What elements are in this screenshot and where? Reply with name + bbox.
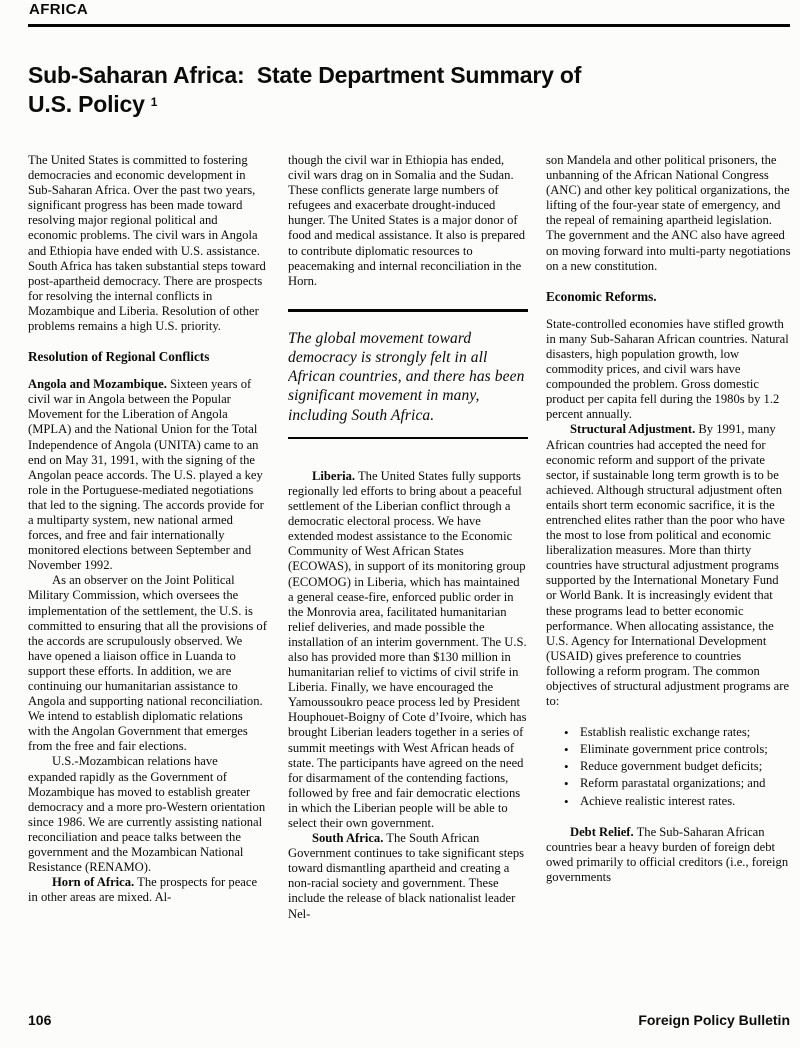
runin-angola-and-mozambique: Angola and Mozambique. — [28, 377, 167, 391]
paragraph-intro: The United States is committed to foster… — [28, 153, 268, 334]
paragraph-structural-adjustment: Structural Adjustment. By 1991, many Afr… — [546, 422, 792, 709]
title-footnote-marker: 1 — [151, 95, 157, 109]
runin-debt-relief: Debt Relief. — [570, 825, 634, 839]
pull-quote: The global movement toward democracy is … — [288, 309, 528, 439]
structural-adjustment-objectives-list: Establish realistic exchange rates; Elim… — [546, 725, 792, 808]
list-item: Achieve realistic interest rates. — [546, 794, 792, 809]
title-line-2: U.S. Policy1 — [28, 89, 581, 118]
title-line-2-text: U.S. Policy — [28, 91, 145, 117]
pull-quote-text: The global movement toward democracy is … — [288, 329, 526, 425]
list-item: Reduce government budget deficits; — [546, 759, 792, 774]
paragraph-liberia: Liberia. The United States fully support… — [288, 469, 528, 831]
paragraph-horn-of-africa: Horn of Africa. The prospects for peace … — [28, 875, 268, 905]
heading-economic-reforms: Economic Reforms. — [546, 289, 792, 305]
kicker-rule — [28, 24, 790, 27]
paragraph-liberia-text: The United States fully supports regiona… — [288, 469, 527, 830]
paragraph-state-controlled-economies: State-controlled economies have stifled … — [546, 317, 792, 423]
runin-horn-of-africa: Horn of Africa. — [52, 875, 134, 889]
paragraph-angola-mozambique: Angola and Mozambique. Sixteen years of … — [28, 377, 268, 573]
list-item: Reform parastatal organizations; and — [546, 776, 792, 791]
article-title: Sub-Saharan Africa: State Department Sum… — [28, 62, 581, 118]
publication-name: Foreign Policy Bulletin — [638, 1012, 790, 1028]
title-line-1: Sub-Saharan Africa: State Department Sum… — [28, 62, 581, 89]
magazine-page: AFRICA Sub-Saharan Africa: State Departm… — [0, 0, 800, 1048]
paragraph-horn-continuation: though the civil war in Ethiopia has end… — [288, 153, 528, 289]
column-3: son Mandela and other political prisoner… — [546, 153, 792, 1009]
column-1: The United States is committed to foster… — [28, 153, 268, 1009]
list-item: Establish realistic exchange rates; — [546, 725, 792, 740]
page-number: 106 — [28, 1012, 51, 1028]
runin-structural-adjustment: Structural Adjustment. — [570, 422, 695, 436]
column-2: though the civil war in Ethiopia has end… — [288, 153, 528, 1009]
section-kicker: AFRICA — [29, 1, 88, 18]
list-item: Eliminate government price controls; — [546, 742, 792, 757]
paragraph-angola-mozambique-text: Sixteen years of civil war in Angola bet… — [28, 377, 264, 572]
heading-resolution-of-regional-conflicts: Resolution of Regional Conflicts — [28, 349, 268, 365]
runin-liberia: Liberia. — [312, 469, 355, 483]
paragraph-south-africa: South Africa. The South African Governme… — [288, 831, 528, 922]
paragraph-structural-adjustment-text: By 1991, many African countries had acce… — [546, 422, 789, 708]
paragraph-us-mozambican-relations: U.S.-Mozambican relations have expanded … — [28, 754, 268, 875]
paragraph-mandela-continuation: son Mandela and other political prisoner… — [546, 153, 792, 274]
runin-south-africa: South Africa. — [312, 831, 383, 845]
paragraph-debt-relief: Debt Relief. The Sub-Saharan African cou… — [546, 825, 792, 885]
paragraph-joint-commission: As an observer on the Joint Political Mi… — [28, 573, 268, 754]
